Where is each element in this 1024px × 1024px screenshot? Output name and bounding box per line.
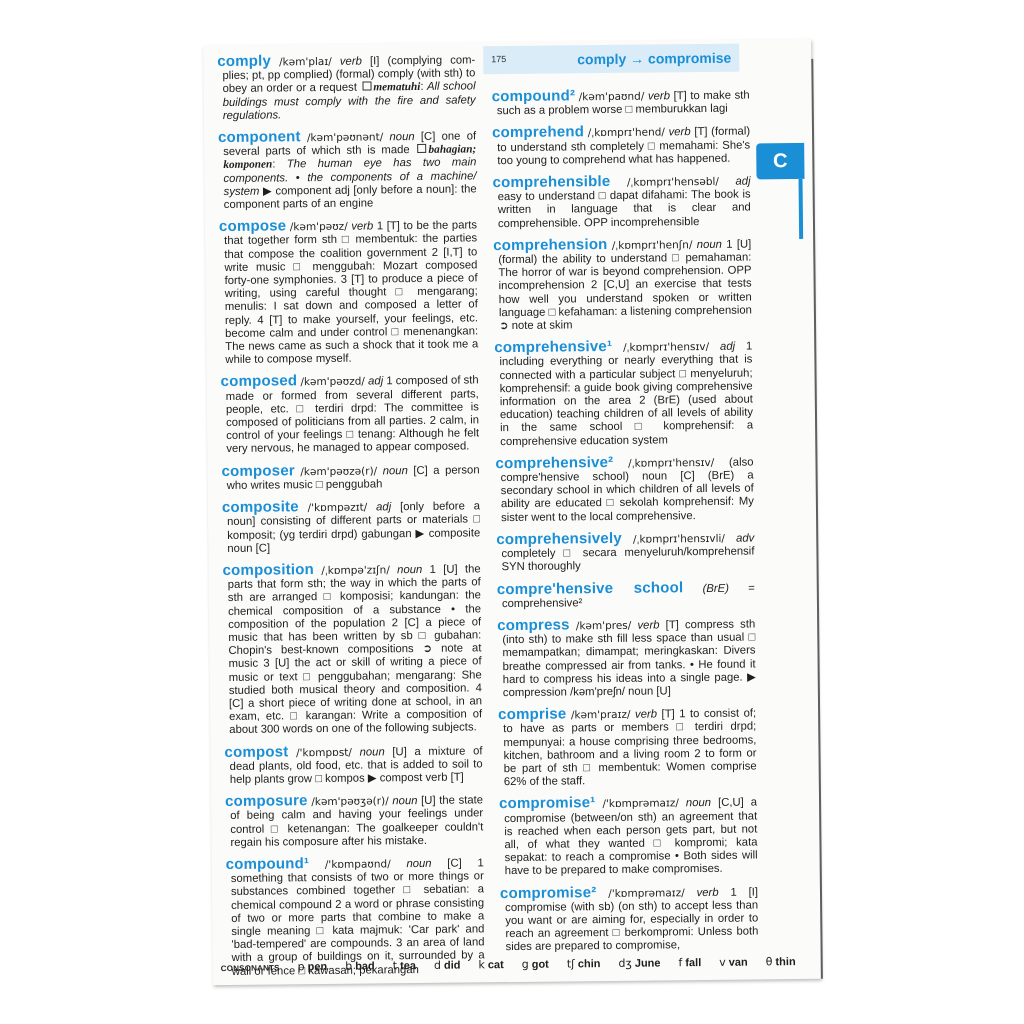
headword: compound² <box>492 87 576 105</box>
malay-translation: mematuhi <box>373 81 420 93</box>
definition: completely □ secara menyeluruh/komprehen… <box>501 546 754 574</box>
phonetic-symbol: b <box>345 960 352 973</box>
pronunciation: /ˌkɒmprɪ'hend/ <box>588 127 665 140</box>
key-word: did <box>444 960 461 972</box>
pronunciation: /kəm'pəʊzd/ <box>300 376 365 389</box>
dictionary-entry: comply /kəm'plaɪ/ verb [I] (complying co… <box>217 52 476 123</box>
dictionary-entry: compress /kəm'pres/ verb [T] compress st… <box>497 616 756 700</box>
headword: composition <box>223 561 315 579</box>
part-of-speech: adj <box>735 175 750 187</box>
pronunciation: /ˌkɒmprɪ'hensɪv/ <box>623 341 709 354</box>
pronunciation-key-label: CONSONANTS <box>221 963 280 973</box>
headword: comply <box>217 52 271 70</box>
phonetic-symbol: v <box>719 956 726 969</box>
headword: comprehension <box>493 236 607 254</box>
part-of-speech: noun <box>392 795 417 807</box>
key-word: van <box>729 957 748 969</box>
pronunciation: /'kɒmpəzɪt/ <box>308 502 368 515</box>
definition: 1 [T] to be the parts that together form… <box>224 220 478 367</box>
headword: compose <box>219 218 286 236</box>
pronunciation: /ˌkɒmpə'zɪʃn/ <box>321 564 390 577</box>
dictionary-entry: comprehensive² /ˌkɒmprɪ'hensɪv/ (also co… <box>495 454 754 525</box>
phonetic-symbol: p <box>298 960 305 973</box>
headword: comprehend <box>492 124 584 142</box>
part-of-speech: noun <box>406 858 431 870</box>
dictionary-entry: component /kəm'pəʊnənt/ noun [C] one of … <box>218 128 477 212</box>
phonetic-symbol: t <box>393 959 397 972</box>
headword: composed <box>221 373 298 391</box>
headword: composure <box>225 792 308 810</box>
pronunciation-key-item: ttea <box>393 959 416 972</box>
key-word: thin <box>775 956 795 968</box>
part-of-speech: adj <box>368 376 383 388</box>
dictionary-entry: composer /kəm'pəʊzə(r)/ noun [C] a perso… <box>221 462 479 493</box>
headword: compress <box>497 616 570 634</box>
pronunciation-key-item: dʒJune <box>618 956 660 969</box>
part-of-speech: verb <box>637 619 659 631</box>
dictionary-entry: comprehend /ˌkɒmprɪ'hend/ verb [T] (form… <box>492 124 750 168</box>
pronunciation-key-item: ppen <box>298 960 328 973</box>
part-of-speech: noun <box>383 465 408 477</box>
page-number: 175 <box>491 54 506 64</box>
translation-marker-icon <box>417 144 426 153</box>
part-of-speech: (BrE) <box>702 582 728 594</box>
phonetic-symbol: θ <box>766 955 773 968</box>
headword: comprehensible <box>492 173 610 191</box>
pronunciation-key-item: tʃchin <box>567 957 601 970</box>
pronunciation-key-item: θthin <box>766 955 796 968</box>
definition: 1 including everything or nearly everyth… <box>499 341 753 448</box>
pronunciation: /ˌkɒmprɪ'hensəbl/ <box>627 176 719 189</box>
headword: composer <box>221 462 294 480</box>
headword: comprehensively <box>496 530 622 548</box>
dictionary-entry: comprehensive¹ /ˌkɒmprɪ'hensɪv/ adj 1 in… <box>494 339 753 449</box>
part-of-speech: adj <box>376 501 391 513</box>
dictionary-entry: compre'hensive school (BrE) = comprehens… <box>497 580 755 611</box>
pronunciation-key-item: bbad <box>345 959 375 972</box>
part-of-speech: verb <box>648 90 670 102</box>
dictionary-entry: compose /kəm'pəʊz/ verb 1 [T] to be the … <box>219 218 479 368</box>
thumb-index-stripe <box>799 179 804 239</box>
phonetic-symbol: k <box>478 958 485 971</box>
phonetic-symbol: tʃ <box>567 957 575 970</box>
pronunciation-key-item: ddid <box>434 959 461 972</box>
key-word: chin <box>578 958 601 970</box>
dictionary-entry: comprehension /ˌkɒmprɪ'henʃn/ noun 1 [U]… <box>493 236 752 333</box>
part-of-speech: adj <box>720 341 735 353</box>
pronunciation: /kəm'plaɪ/ <box>279 56 332 69</box>
definition: easy to understand □ dapat difahami: The… <box>498 189 751 230</box>
pronunciation: /ˌkɒmprɪ'henʃn/ <box>612 239 693 252</box>
part-of-speech: noun <box>389 131 414 143</box>
pronunciation: /kəm'pəʊzə(r)/ <box>300 465 377 478</box>
dictionary-entry: composed /kəm'pəʊzd/ adj 1 composed of s… <box>221 373 480 457</box>
headword: compromise¹ <box>499 794 596 812</box>
dictionary-entry: composite /'kɒmpəzɪt/ adj [only before a… <box>222 498 481 556</box>
dictionary-entry: compound² /kəm'paʊnd/ verb [T] to make s… <box>492 87 750 118</box>
pronunciation: /'kɒmpɒst/ <box>296 746 352 759</box>
headword: compre'hensive school <box>497 579 684 598</box>
translation-marker-icon <box>362 82 371 91</box>
pronunciation-key-item: ggot <box>522 958 549 971</box>
thumb-index-tab: C <box>756 143 804 180</box>
running-header: 175 comply → compromise <box>483 44 739 75</box>
phonetic-symbol: g <box>522 958 529 971</box>
page-edge <box>811 59 823 979</box>
dictionary-entry: compromise¹ /'kɒmprəmaɪz/ noun [C,U] a c… <box>499 795 758 879</box>
phonetic-symbol: d <box>434 959 441 972</box>
headword: compound¹ <box>226 855 310 873</box>
key-word: got <box>532 959 549 971</box>
pronunciation: /'kɒmpaʊnd/ <box>325 858 391 871</box>
pronunciation: /'kɒmprəmaɪz/ <box>602 798 679 811</box>
pronunciation: /kəm'paʊnd/ <box>579 91 645 104</box>
key-word: cat <box>488 959 504 971</box>
headword: component <box>218 128 301 146</box>
pronunciation: /ˌkɒmprɪ'hensɪvli/ <box>633 533 725 546</box>
definition: 1 [U] the parts that form sth; the way i… <box>228 563 482 736</box>
key-word: tea <box>400 960 416 972</box>
headword: comprise <box>498 706 566 724</box>
part-of-speech: noun <box>697 239 722 251</box>
part-of-speech: noun <box>686 797 711 809</box>
part-of-speech: verb <box>351 221 373 233</box>
guide-words: comply → compromise <box>577 50 731 68</box>
part-of-speech: adv <box>736 532 754 544</box>
pronunciation: /kəm'pres/ <box>576 620 632 633</box>
headword: compost <box>224 743 288 761</box>
key-word: June <box>635 957 661 969</box>
part-of-speech: verb <box>635 709 657 721</box>
part-of-speech: noun <box>360 746 385 758</box>
pronunciation: /kəm'pəʊz/ <box>290 221 348 234</box>
pronunciation-key-item: kcat <box>478 958 503 971</box>
key-word: fall <box>685 957 701 969</box>
pronunciation-key-item: ffall <box>678 956 701 969</box>
phonetic-symbol: f <box>678 956 682 969</box>
derived-form: ▶ component adj [only before a noun]: th… <box>224 183 477 211</box>
part-of-speech: verb <box>669 127 691 139</box>
dictionary-entry: compost /'kɒmpɒst/ noun [U] a mixture of… <box>224 743 482 787</box>
dictionary-page: 175 comply → compromise C comply /kəm'pl… <box>203 39 821 985</box>
part-of-speech: verb <box>697 886 719 898</box>
pronunciation: /kəm'pəʊnənt/ <box>307 131 383 144</box>
right-column: compound² /kəm'paʊnd/ verb [T] to make s… <box>492 87 759 962</box>
headword: composite <box>222 498 299 516</box>
headword: comprehensive² <box>495 454 613 472</box>
pronunciation: /ˌkɒmprɪ'hensɪv/ <box>628 457 714 470</box>
left-column: comply /kəm'plaɪ/ verb [I] (complying co… <box>217 52 485 986</box>
pronunciation: /'kɒmprəmaɪz/ <box>608 887 685 900</box>
part-of-speech: verb <box>340 56 362 68</box>
dictionary-entry: comprehensible /ˌkɒmprɪ'hensəbl/ adj eas… <box>492 173 751 231</box>
pronunciation: /kəm'pəʊʒə(r)/ <box>311 795 389 808</box>
key-word: bad <box>355 960 375 972</box>
dictionary-entry: comprise /kəm'praɪz/ verb [T] 1 to consi… <box>498 706 757 790</box>
part-of-speech: noun <box>397 564 422 576</box>
dictionary-entry: comprehensively /ˌkɒmprɪ'hensɪvli/ adv c… <box>496 530 754 574</box>
pronunciation-key-item: vvan <box>719 956 748 969</box>
dictionary-entry: composure /kəm'pəʊʒə(r)/ noun [U] the st… <box>225 792 484 850</box>
headword: comprehensive¹ <box>494 338 612 356</box>
pronunciation: /kəm'praɪz/ <box>571 709 631 722</box>
key-word: pen <box>308 961 328 973</box>
dictionary-entry: composition /ˌkɒmpə'zɪʃn/ noun 1 [U] the… <box>223 561 483 737</box>
headword: compromise² <box>500 884 597 902</box>
dictionary-entry: compromise² /'kɒmprəmaɪz/ verb 1 [I] com… <box>500 884 759 955</box>
phonetic-symbol: dʒ <box>618 957 631 970</box>
